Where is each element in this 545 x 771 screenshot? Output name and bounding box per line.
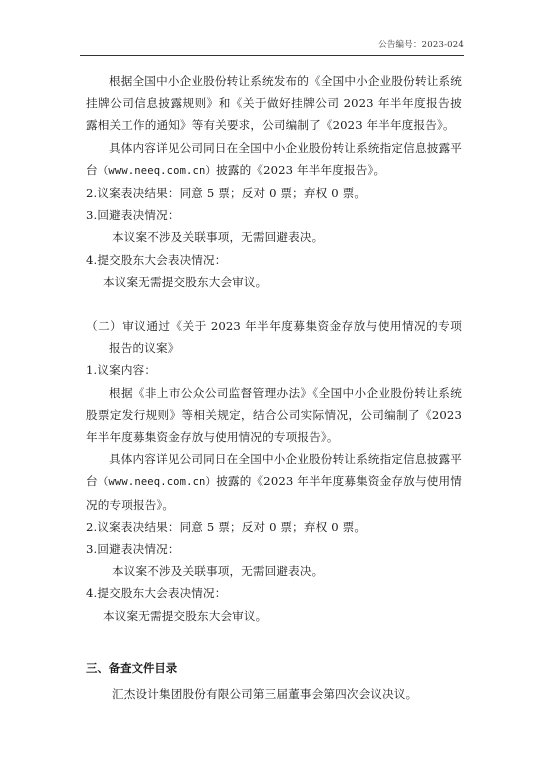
page-header: 公告编号：2023-024: [80, 38, 464, 56]
proposal-2-recusal-label: 3.回避表决情况：: [86, 538, 462, 560]
proposal-2-shareholder-text: 本议案无需提交股东大会审议。: [86, 605, 462, 627]
proposal-2-content-paragraph: 根据《非上市公众公司监督管理办法》《全国中小企业股份转让系统股票定发行规则》等相…: [86, 382, 462, 449]
proposal-2-content-label: 1.议案内容：: [86, 359, 462, 381]
document-body: 根据全国中小企业股份转让系统发布的《全国中小企业股份转让系统挂牌公司信息披露规则…: [86, 70, 462, 705]
header-divider: [80, 55, 464, 56]
neeq-url-link: （www.neeq.com.cn）: [98, 476, 216, 488]
proposal-2-detail-paragraph: 具体内容详见公司同日在全国中小企业股份转让系统指定信息披露平台（www.neeq…: [86, 448, 462, 516]
proposal-1-recusal-text: 本议案不涉及关联事项，无需回避表决。: [86, 226, 462, 248]
reference-document-item: 汇杰设计集团股份有限公司第三届董事会第四次会议决议。: [86, 683, 462, 705]
neeq-url-link: （www.neeq.com.cn）: [98, 165, 216, 177]
proposal-2-title: （二）审议通过《关于 2023 年半年度募集资金存放与使用情况的专项报告的议案》: [86, 315, 462, 359]
spacer: [86, 627, 462, 657]
proposal-1-detail-paragraph: 具体内容详见公司同日在全国中小企业股份转让系统指定信息披露平台（www.neeq…: [86, 137, 462, 182]
detail-text-post: 披露的《2023 年半年度报告》。: [216, 163, 385, 177]
proposal-2-recusal-text: 本议案不涉及关联事项，无需回避表决。: [86, 560, 462, 582]
proposal-1-recusal-label: 3.回避表决情况：: [86, 204, 462, 226]
proposal-2-shareholder-label: 4.提交股东大会表决情况：: [86, 582, 462, 604]
section-3-heading: 三、备查文件目录: [86, 657, 462, 679]
spacer: [86, 293, 462, 315]
proposal-1-shareholder-text: 本议案无需提交股东大会审议。: [86, 271, 462, 293]
proposal-1-content-paragraph: 根据全国中小企业股份转让系统发布的《全国中小企业股份转让系统挂牌公司信息披露规则…: [86, 70, 462, 137]
proposal-2-vote-result: 2.议案表决结果：同意 5 票；反对 0 票；弃权 0 票。: [86, 516, 462, 538]
proposal-1-vote-result: 2.议案表决结果：同意 5 票；反对 0 票；弃权 0 票。: [86, 182, 462, 204]
proposal-1-shareholder-label: 4.提交股东大会表决情况：: [86, 249, 462, 271]
announcement-number: 公告编号：2023-024: [378, 38, 464, 50]
